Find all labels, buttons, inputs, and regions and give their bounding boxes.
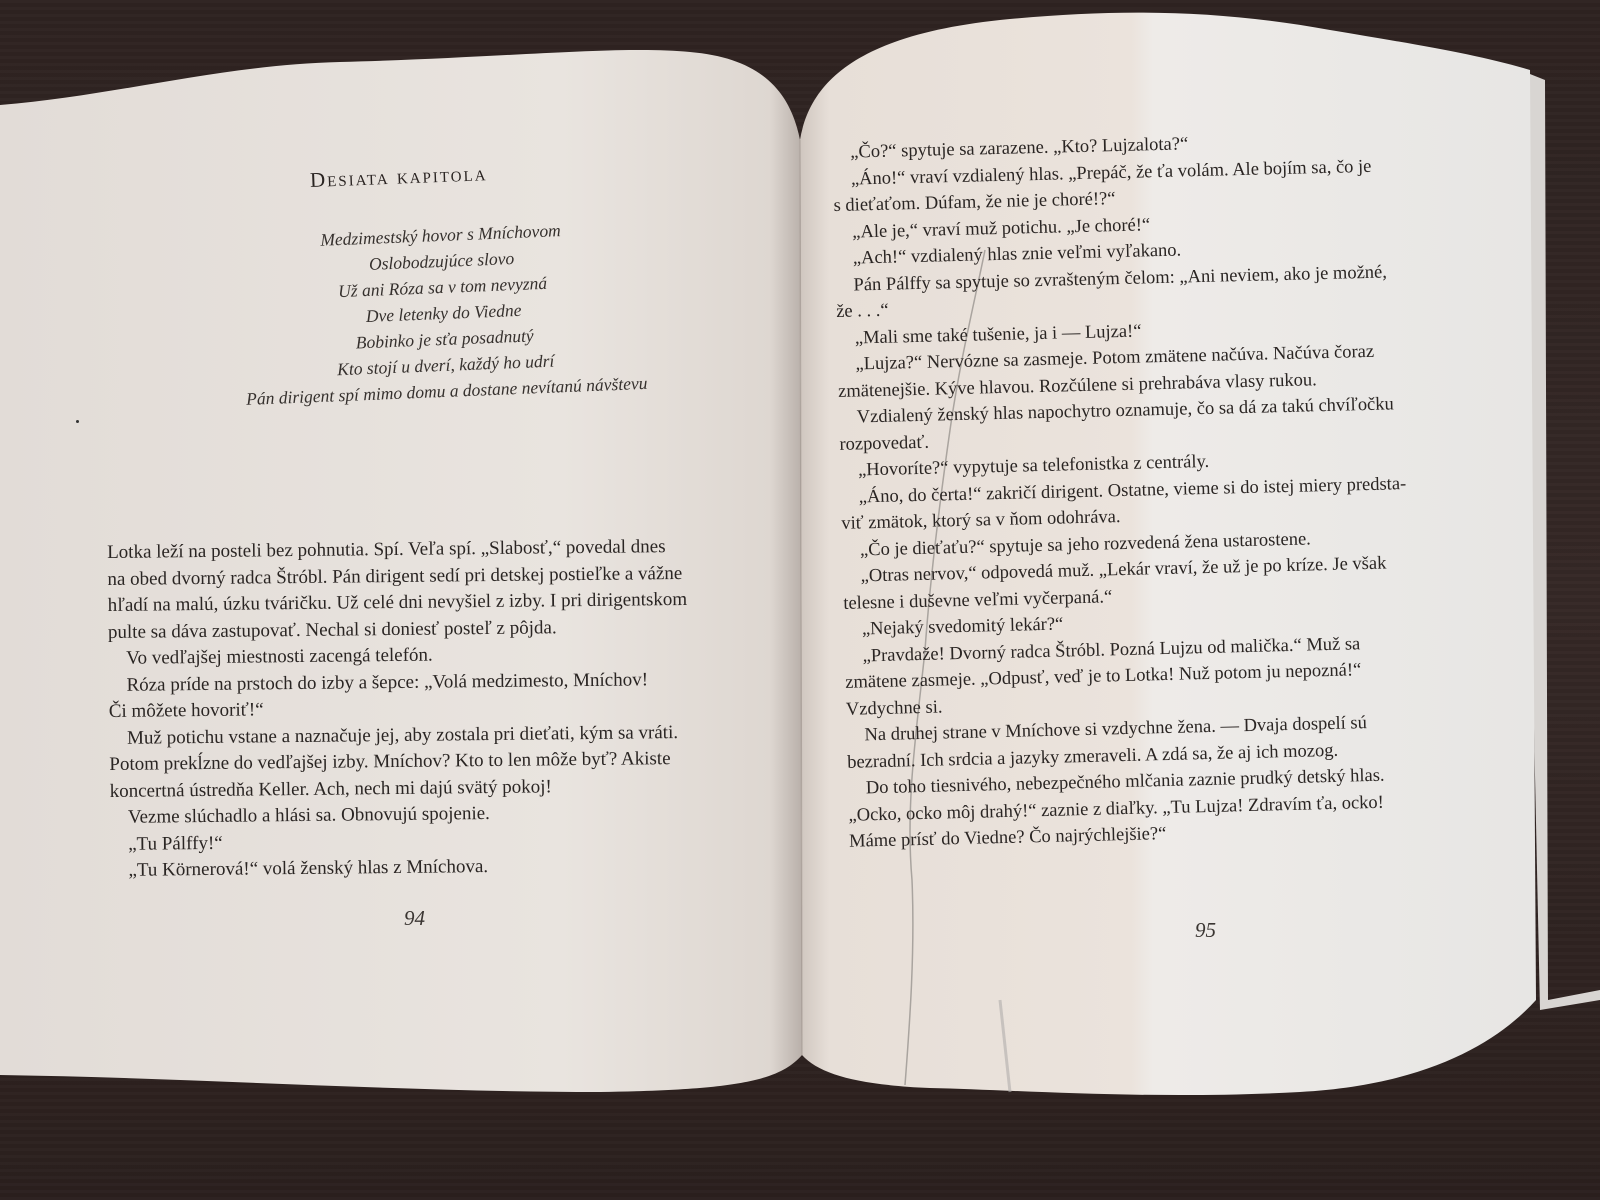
page-number: 95 xyxy=(1195,918,1216,943)
body-text-right: „Čo?“ spytuje sa zarazene. „Kto? Lujzalo… xyxy=(832,124,1489,855)
page-95: „Čo?“ spytuje sa zarazene. „Kto? Lujzalo… xyxy=(0,0,800,1200)
